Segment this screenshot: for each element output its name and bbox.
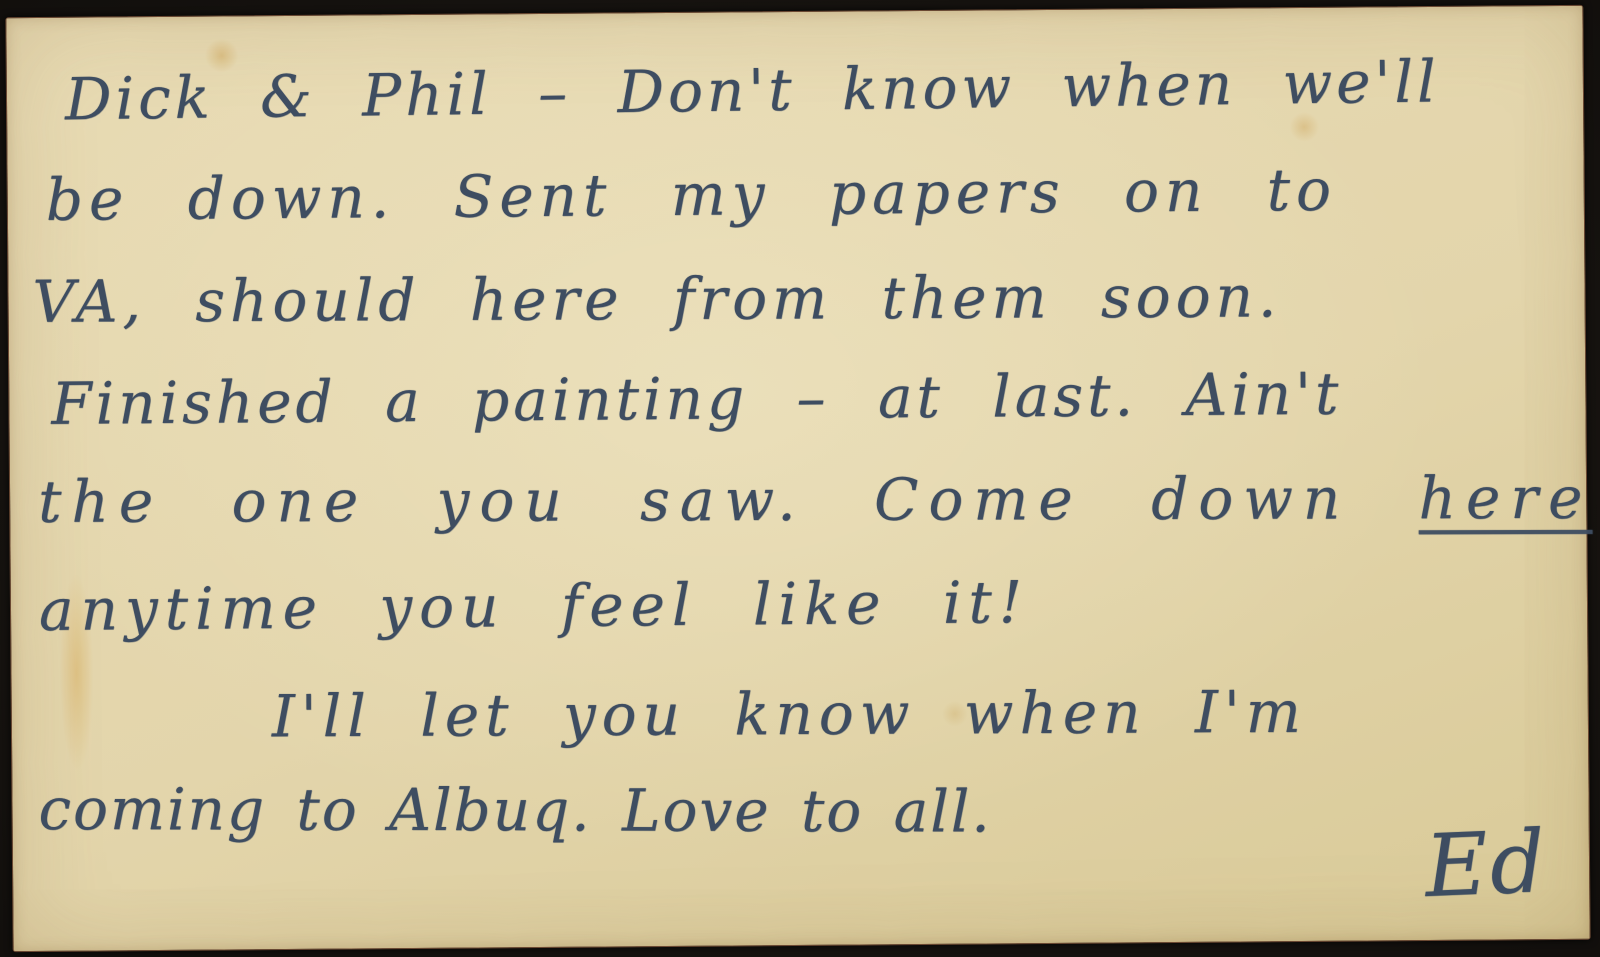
handwriting-line-4: Finished a painting – at last. Ain't bbox=[51, 360, 1342, 438]
underlined-word: here bbox=[1419, 464, 1593, 532]
handwriting-line-5: the one you saw. Come down here bbox=[38, 464, 1592, 536]
handwriting-line-5-text: the one you saw. Come down bbox=[38, 464, 1419, 536]
handwriting-line-8: coming to Albuq. Love to all. bbox=[39, 775, 992, 845]
handwriting-line-7: I'll let you know when I'm bbox=[272, 678, 1307, 751]
handwriting-line-1: Dick & Phil – Don't know when we'll bbox=[65, 47, 1440, 133]
signature: Ed bbox=[1423, 812, 1549, 917]
handwriting-line-6: anytime you feel like it! bbox=[39, 568, 1030, 644]
handwriting-line-2: be down. Sent my papers on to bbox=[46, 156, 1338, 234]
postcard: Dick & Phil – Don't know when we'll be d… bbox=[5, 5, 1590, 952]
photo-backdrop: Dick & Phil – Don't know when we'll be d… bbox=[0, 0, 1600, 957]
handwriting-line-3: VA, should here from them soon. bbox=[32, 262, 1281, 335]
